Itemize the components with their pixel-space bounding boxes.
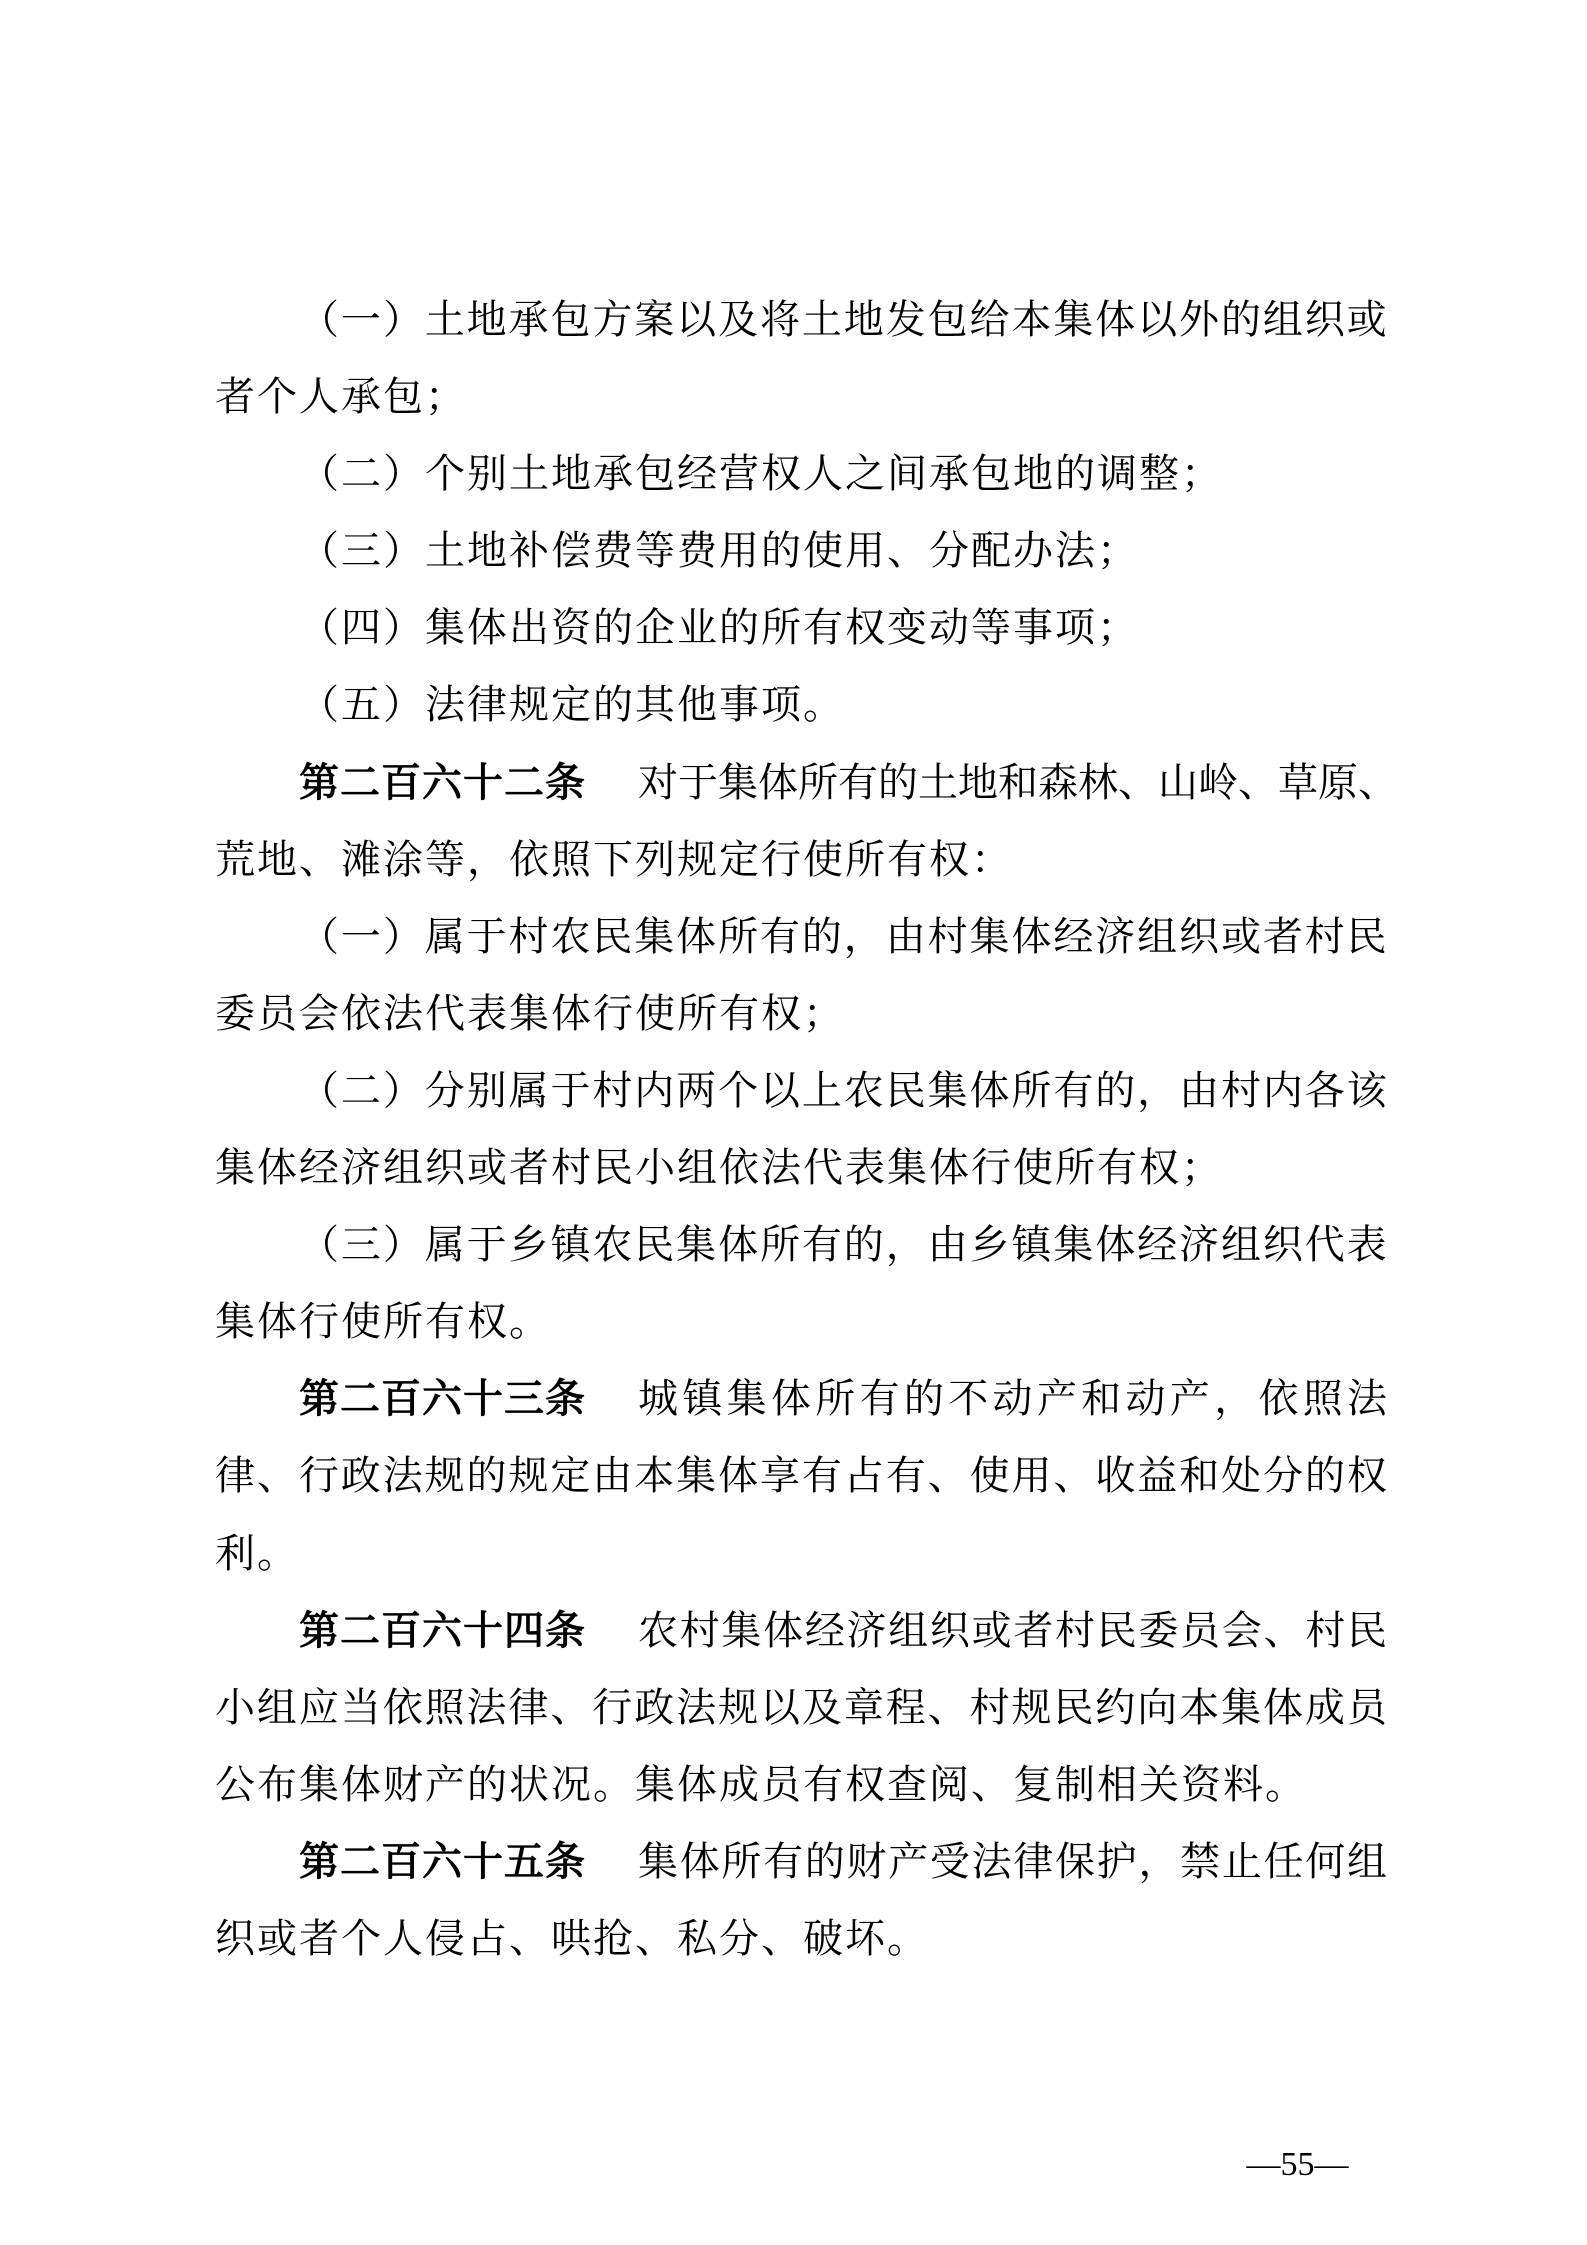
document-body: （一）土地承包方案以及将土地发包给本集体以外的组织或 者个人承包； （二）个别土…	[215, 282, 1387, 1978]
line-text: 集体经济组织或者村民小组依法代表集体行使所有权；	[215, 1145, 1223, 1191]
article-264-continuation-2: 公布集体财产的状况。集体成员有权查阅、复制相关资料。	[215, 1747, 1387, 1824]
article-264-continuation: 小组应当依照法律、行政法规以及章程、村规民约向本集体成员	[215, 1670, 1387, 1747]
line-text: （一）土地承包方案以及将土地发包给本集体以外的组织或	[299, 282, 1387, 359]
list-item-1: （一）土地承包方案以及将土地发包给本集体以外的组织或	[215, 282, 1387, 359]
article-263-continuation: 律、行政法规的规定由本集体享有占有、使用、收益和处分的权	[215, 1438, 1387, 1515]
line-text: （四）集体出资的企业的所有权变动等事项；	[299, 605, 1139, 651]
line-text: （三）土地补偿费等费用的使用、分配办法；	[299, 528, 1139, 574]
list-item-1-continuation: 者个人承包；	[215, 359, 1387, 436]
article-262-item-3: （三）属于乡镇农民集体所有的，由乡镇集体经济组织代表	[215, 1207, 1387, 1284]
list-item-4: （四）集体出资的企业的所有权变动等事项；	[215, 590, 1387, 667]
article-line: 第二百六十四条 农村集体经济组织或者村民委员会、村民	[299, 1593, 1387, 1670]
line-text: 公布集体财产的状况。集体成员有权查阅、复制相关资料。	[215, 1762, 1307, 1808]
article-line: 第二百六十三条 城镇集体所有的不动产和动产，依照法	[299, 1361, 1387, 1438]
line-text: 律、行政法规的规定由本集体享有占有、使用、收益和处分的权	[215, 1438, 1387, 1515]
list-item-3: （三）土地补偿费等费用的使用、分配办法；	[215, 513, 1387, 590]
article-262: 第二百六十二条 对于集体所有的土地和森林、山岭、草原、	[215, 745, 1387, 822]
article-263: 第二百六十三条 城镇集体所有的不动产和动产，依照法	[215, 1361, 1387, 1438]
line-text: 集体所有的财产受法律保护，禁止任何组	[638, 1824, 1387, 1901]
list-item-2: （二）个别土地承包经营权人之间承包地的调整；	[215, 436, 1387, 513]
line-text: 集体行使所有权。	[215, 1299, 551, 1345]
list-item-5: （五）法律规定的其他事项。	[215, 667, 1387, 744]
line-text: （二）个别土地承包经营权人之间承包地的调整；	[299, 451, 1223, 497]
article-262-item-2: （二）分别属于村内两个以上农民集体所有的，由村内各该	[215, 1053, 1387, 1130]
article-262-item-1: （一）属于村农民集体所有的，由村集体经济组织或者村民	[215, 899, 1387, 976]
article-263-continuation-2: 利。	[215, 1516, 1387, 1593]
line-text: 者个人承包；	[215, 374, 467, 420]
line-text: 利。	[215, 1531, 299, 1577]
article-heading: 第二百六十四条	[299, 1593, 586, 1670]
article-heading: 第二百六十二条	[299, 745, 586, 822]
line-text: 委员会依法代表集体行使所有权；	[215, 991, 845, 1037]
document-page: （一）土地承包方案以及将土地发包给本集体以外的组织或 者个人承包； （二）个别土…	[0, 0, 1587, 2245]
article-line: 第二百六十五条 集体所有的财产受法律保护，禁止任何组	[299, 1824, 1387, 1901]
article-heading: 第二百六十三条	[299, 1361, 586, 1438]
article-264: 第二百六十四条 农村集体经济组织或者村民委员会、村民	[215, 1593, 1387, 1670]
line-text: 农村集体经济组织或者村民委员会、村民	[638, 1593, 1387, 1670]
line-text: 城镇集体所有的不动产和动产，依照法	[638, 1361, 1387, 1438]
line-text: 织或者个人侵占、哄抢、私分、破坏。	[215, 1916, 929, 1962]
line-text: （五）法律规定的其他事项。	[299, 682, 845, 728]
article-265: 第二百六十五条 集体所有的财产受法律保护，禁止任何组	[215, 1824, 1387, 1901]
article-262-item-2-continuation: 集体经济组织或者村民小组依法代表集体行使所有权；	[215, 1130, 1387, 1207]
article-line: 第二百六十二条 对于集体所有的土地和森林、山岭、草原、	[299, 745, 1387, 822]
line-text: 对于集体所有的土地和森林、山岭、草原、	[638, 745, 1398, 822]
article-265-continuation: 织或者个人侵占、哄抢、私分、破坏。	[215, 1901, 1387, 1978]
article-262-continuation: 荒地、滩涂等，依照下列规定行使所有权：	[215, 822, 1387, 899]
line-text: （二）分别属于村内两个以上农民集体所有的，由村内各该	[299, 1053, 1387, 1130]
article-heading: 第二百六十五条	[299, 1824, 586, 1901]
article-262-item-1-continuation: 委员会依法代表集体行使所有权；	[215, 976, 1387, 1053]
line-text: 荒地、滩涂等，依照下列规定行使所有权：	[215, 837, 1013, 883]
article-262-item-3-continuation: 集体行使所有权。	[215, 1284, 1387, 1361]
page-number: —55—	[1245, 2145, 1350, 2185]
line-text: （一）属于村农民集体所有的，由村集体经济组织或者村民	[299, 899, 1387, 976]
line-text: 小组应当依照法律、行政法规以及章程、村规民约向本集体成员	[215, 1670, 1387, 1747]
line-text: （三）属于乡镇农民集体所有的，由乡镇集体经济组织代表	[299, 1207, 1387, 1284]
